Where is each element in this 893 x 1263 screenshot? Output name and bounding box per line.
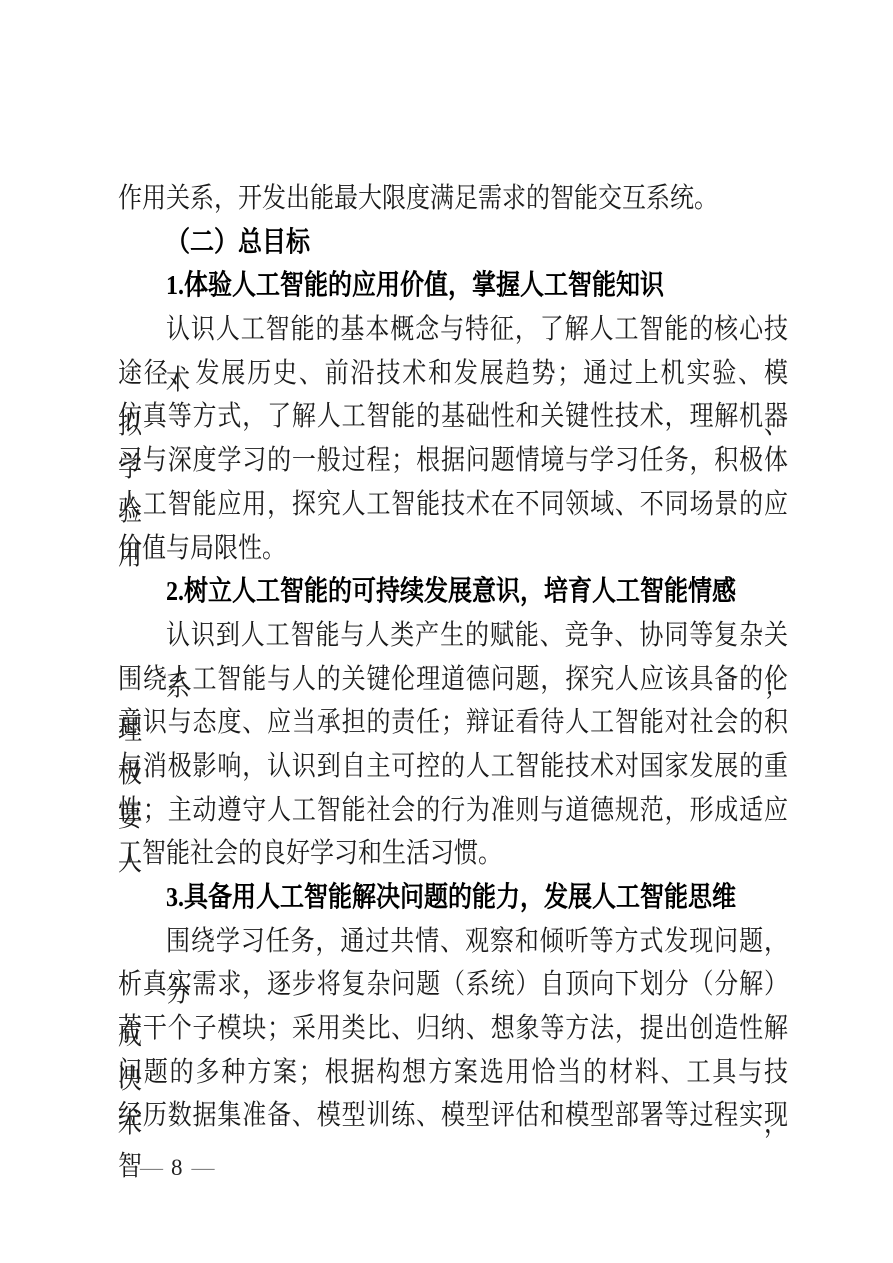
document-page: 作用关系，开发出能最大限度满足需求的智能交互系统。 （二）总目标 1.体验人工智… bbox=[0, 0, 893, 1263]
page-footer: — 8 — bbox=[140, 1152, 214, 1184]
page-number: 8 bbox=[171, 1155, 183, 1181]
footer-dash-right: — bbox=[192, 1155, 214, 1181]
text-line: 认识到人工智能与人类产生的赋能、竞争、协同等复杂关系； bbox=[118, 611, 788, 662]
footer-dash-left: — bbox=[140, 1155, 162, 1181]
text-line: 经历数据集准备、模型训练、模型评估和模型部署等过程实现智 bbox=[118, 1092, 788, 1143]
text-line: 人工智能应用，探究人工智能技术在不同领域、不同场景的应用 bbox=[118, 480, 788, 531]
document-body: 作用关系，开发出能最大限度满足需求的智能交互系统。 （二）总目标 1.体验人工智… bbox=[118, 178, 788, 1139]
